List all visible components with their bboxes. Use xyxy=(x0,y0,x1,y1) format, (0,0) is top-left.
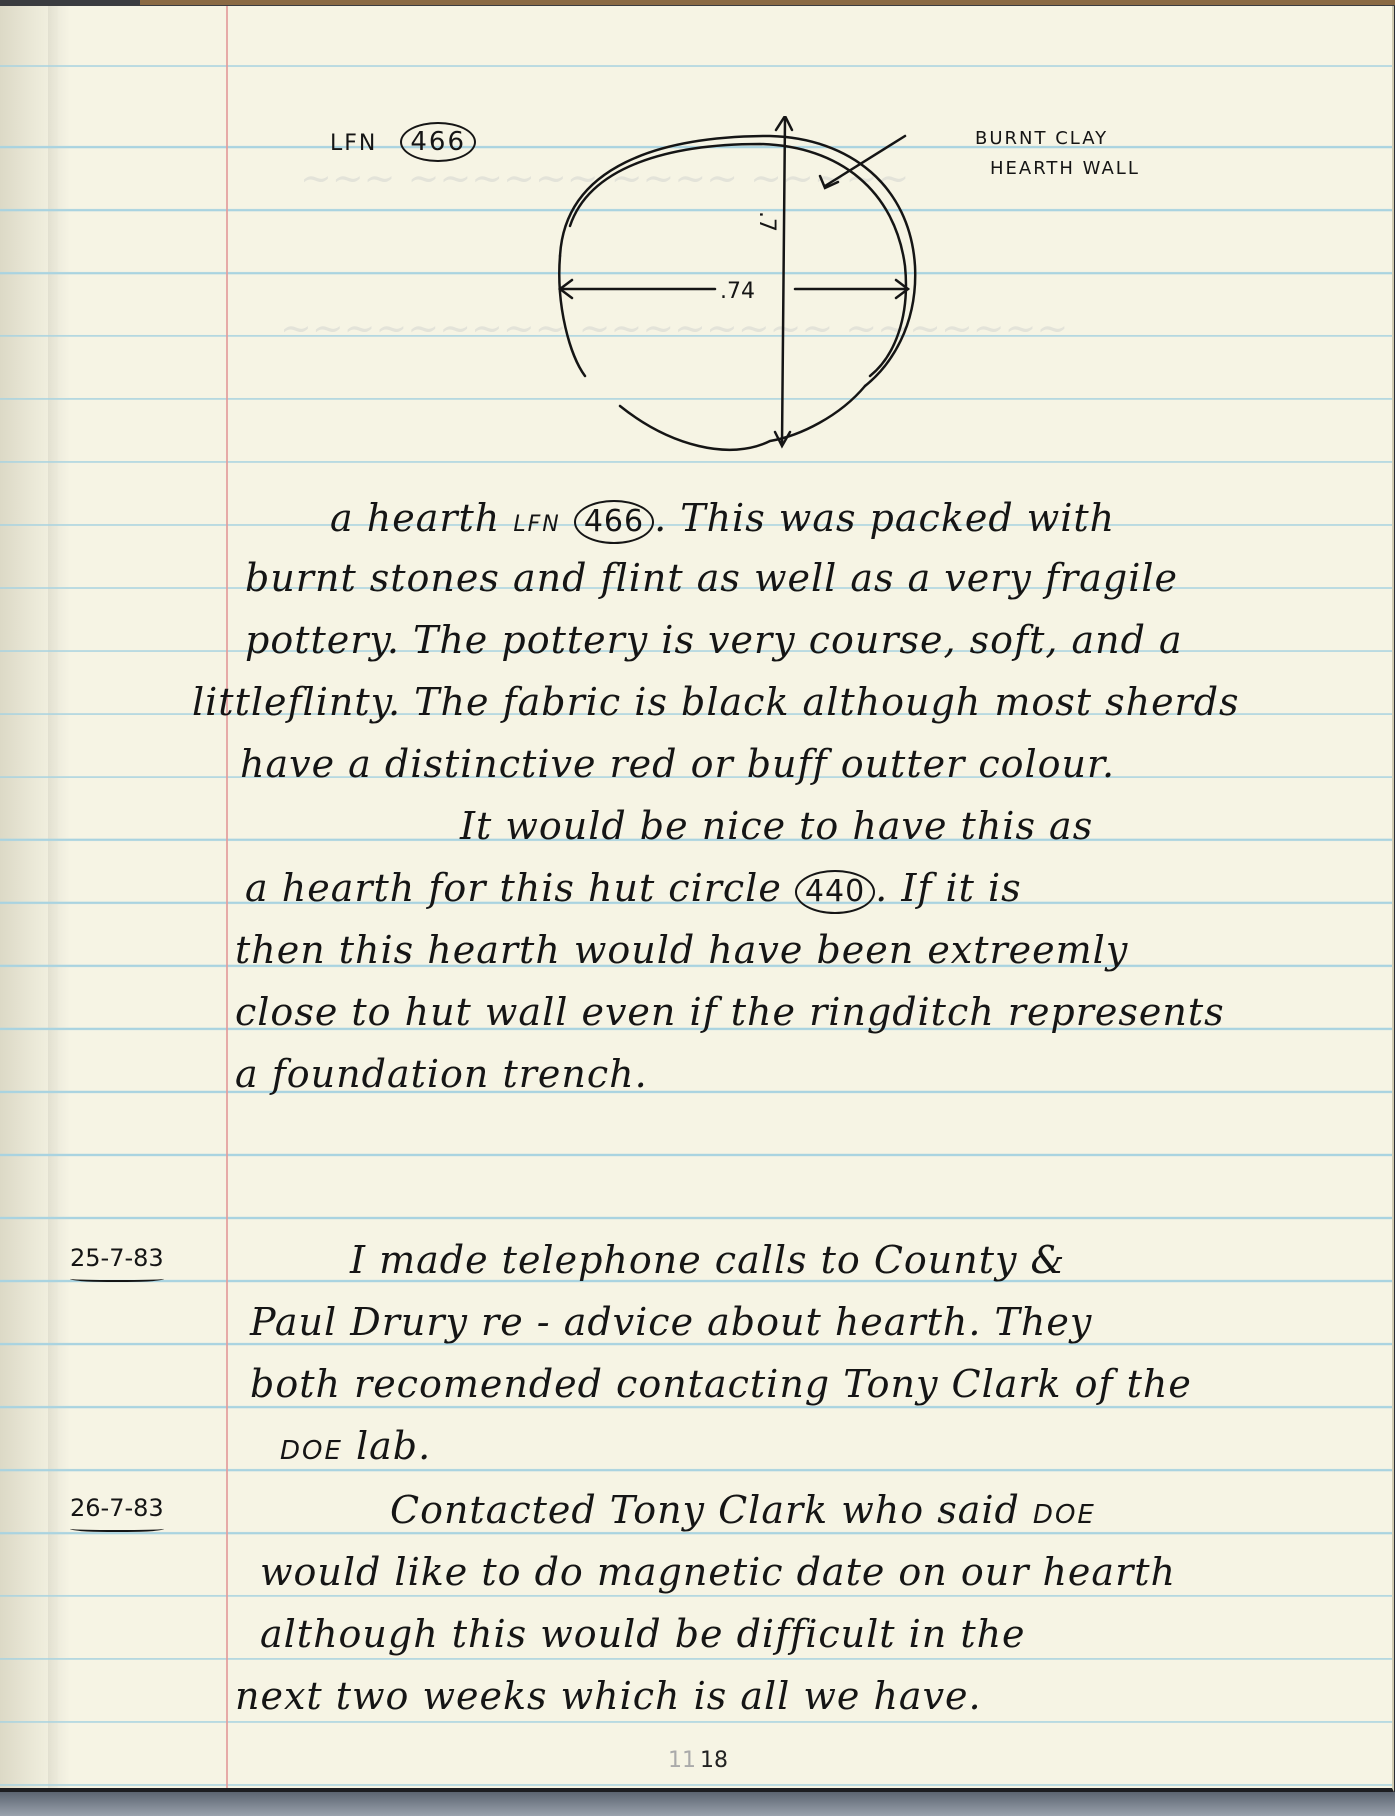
hearth-left-outline xyxy=(559,256,585,376)
doe-label: DOE xyxy=(280,1436,343,1466)
text-line: have a distinctive red or buff outter co… xyxy=(240,742,1115,786)
text-fragment: lab. xyxy=(343,1424,431,1468)
text-line: both recomended contacting Tony Clark of… xyxy=(250,1362,1192,1406)
vertical-axis xyxy=(782,118,785,444)
notebook-page: ~~~ ~~~~~~ ~~~~ ~~~~~ ~~~~~~~~~ ~~~~~~~~… xyxy=(0,6,1394,1792)
text-line: burnt stones and flint as well as a very… xyxy=(245,556,1178,600)
entry-date: 25-7-83 xyxy=(70,1244,164,1282)
annotation-line-2: HEARTH WALL xyxy=(990,158,1140,179)
annotation-arrowhead-icon xyxy=(820,176,838,188)
page-number: 1118 xyxy=(668,1748,728,1773)
text-line: then this hearth would have been extreem… xyxy=(235,928,1128,972)
text-line: close to hut wall even if the ringditch … xyxy=(235,990,1225,1034)
hearth-sketch: .74 .7 xyxy=(520,116,940,456)
text-line: DOE lab. xyxy=(280,1424,431,1468)
text-line: a foundation trench. xyxy=(235,1052,648,1096)
hearth-bottom-outline xyxy=(620,386,865,450)
margin-line xyxy=(226,6,228,1788)
text-fragment: Contacted Tony Clark who said xyxy=(390,1488,1033,1532)
text-line: Paul Drury re - advice about hearth. The… xyxy=(250,1300,1092,1344)
date-text: 25-7-83 xyxy=(70,1244,164,1272)
annotation-arrow-line xyxy=(825,136,905,186)
text-line: It would be nice to have this as xyxy=(460,804,1093,848)
date-underline xyxy=(70,1524,164,1532)
annotation-line-1: BURNT CLAY xyxy=(975,128,1108,149)
text-line: I made telephone calls to County & xyxy=(350,1238,1065,1282)
sketch-label: LFN 466 xyxy=(330,122,476,162)
text-line: next two weeks which is all we have. xyxy=(235,1674,982,1718)
hearth-inner-outline xyxy=(570,144,906,376)
scan-background xyxy=(0,1792,1395,1816)
text-line: pottery. The pottery is very course, sof… xyxy=(245,618,1183,662)
doe-label: DOE xyxy=(1033,1500,1096,1530)
text-line: would like to do magnetic date on our he… xyxy=(260,1550,1176,1594)
page-number-prefix: 11 xyxy=(668,1748,696,1773)
width-measure: .74 xyxy=(720,279,755,304)
text-line: a hearth LFN 466. This was packed with xyxy=(330,496,1115,544)
text-line: although this would be difficult in the xyxy=(260,1612,1026,1656)
text-fragment: a hearth xyxy=(330,496,513,540)
text-fragment: . This was packed with xyxy=(654,496,1115,540)
context-number-466: 466 xyxy=(574,500,654,544)
date-text: 26-7-83 xyxy=(70,1494,164,1522)
lfn-label: LFN xyxy=(513,512,560,537)
cover-tab xyxy=(140,0,1395,5)
text-fragment: a hearth for this hut circle xyxy=(245,866,795,910)
text-line: Contacted Tony Clark who said DOE xyxy=(390,1488,1096,1532)
text-fragment: . If it is xyxy=(875,866,1021,910)
sketch-label-prefix: LFN xyxy=(330,131,377,156)
page-number-value: 18 xyxy=(700,1748,728,1773)
entry-date: 26-7-83 xyxy=(70,1494,164,1532)
context-number-440: 440 xyxy=(795,870,875,914)
text-line: a hearth for this hut circle 440. If it … xyxy=(245,866,1022,914)
text-line: littleflinty. The fabric is black althou… xyxy=(192,680,1240,724)
sketch-label-number: 466 xyxy=(400,122,476,162)
height-measure: .7 xyxy=(754,211,779,232)
date-underline xyxy=(70,1274,164,1282)
